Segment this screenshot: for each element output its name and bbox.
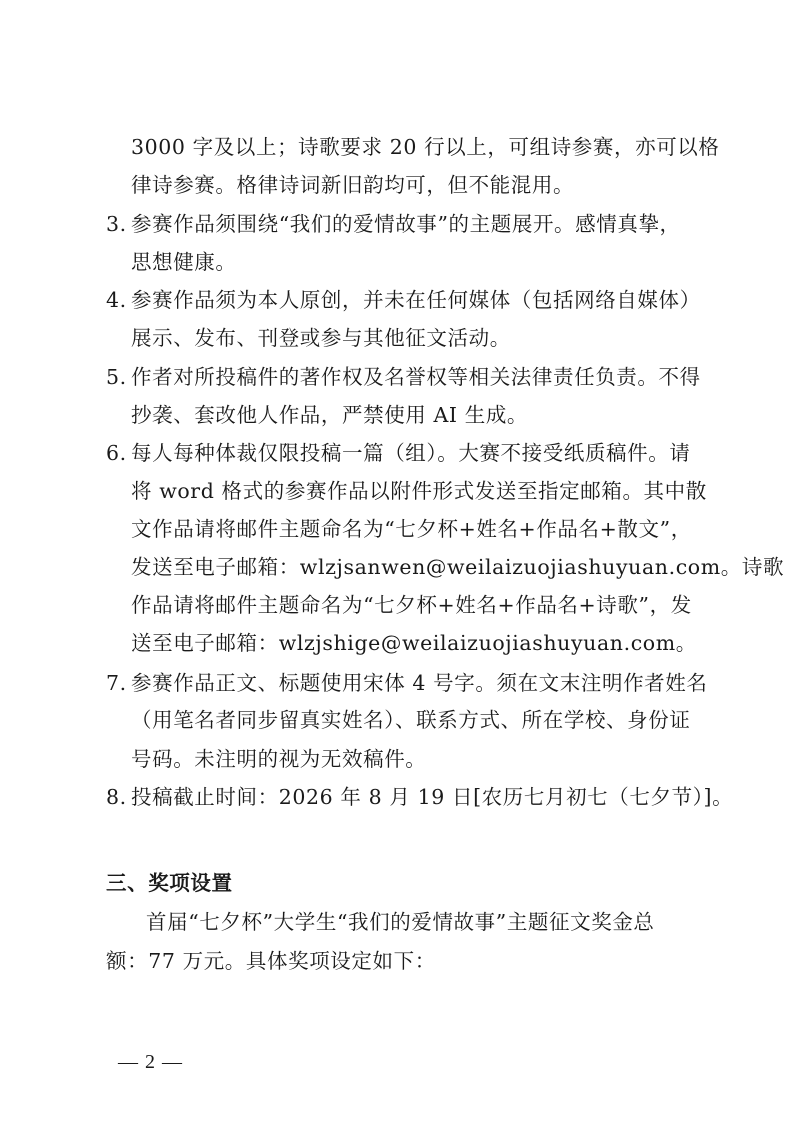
- text-line: 作品请将邮件主题命名为“七夕杯+姓名+作品名+诗歌”，发: [131, 586, 706, 624]
- text-line: 投稿截止时间：2026 年 8 月 19 日[农历七月初七（七夕节）]。: [131, 785, 733, 809]
- text-line: 律诗参赛。格律诗词新旧韵均可，但不能混用。: [131, 166, 706, 204]
- list-number: 8.: [106, 778, 131, 816]
- text-line-email-sanwen: 发送至电子邮箱：wlzjsanwen@weilaizuojiashuyuan.c…: [131, 548, 706, 586]
- text-line: 将 word 格式的参赛作品以附件形式发送至指定邮箱。其中散: [131, 472, 706, 510]
- text-line: 参赛作品须为本人原创，并未在任何媒体（包括网络自媒体）: [131, 288, 701, 312]
- document-page: 3000 字及以上；诗歌要求 20 行以上，可组诗参赛，亦可以格 律诗参赛。格律…: [0, 0, 800, 1131]
- text-line: 号码。未注明的视为无效稿件。: [131, 740, 706, 778]
- list-item-4: 4.参赛作品须为本人原创，并未在任何媒体（包括网络自媒体）: [106, 281, 706, 319]
- list-item-6: 6.每人每种体裁仅限投稿一篇（组）。大赛不接受纸质稿件。请: [106, 434, 706, 472]
- text-line: 抄袭、套改他人作品，严禁使用 AI 生成。: [131, 396, 706, 434]
- list-number: 5.: [106, 358, 131, 396]
- list-number: 4.: [106, 281, 131, 319]
- text-line: （用笔名者同步留真实姓名）、联系方式、所在学校、身份证: [131, 701, 706, 739]
- text-line: 作者对所投稿件的著作权及名誉权等相关法律责任负责。不得: [131, 365, 701, 389]
- section-heading: 三、奖项设置: [106, 864, 706, 902]
- text-line-email-shige: 送至电子邮箱：wlzjshige@weilaizuojiashuyuan.com…: [131, 624, 706, 662]
- list-number: 3.: [106, 205, 131, 243]
- text-line: 文作品请将邮件主题命名为“七夕杯+姓名+作品名+散文”，: [131, 510, 706, 548]
- list-item-3: 3.参赛作品须围绕“我们的爱情故事”的主题展开。感情真挚，: [106, 205, 706, 243]
- list-item-7: 7.参赛作品正文、标题使用宋体 4 号字。须在文末注明作者姓名: [106, 664, 706, 702]
- paragraph-line: 额：77 万元。具体奖项设定如下：: [106, 942, 706, 980]
- paragraph-line: 首届“七夕杯”大学生“我们的爱情故事”主题征文奖金总: [146, 903, 746, 941]
- list-number: 7.: [106, 664, 131, 702]
- text-line: 每人每种体裁仅限投稿一篇（组）。大赛不接受纸质稿件。请: [131, 441, 690, 465]
- page-number: — 2 —: [118, 1048, 183, 1076]
- text-line: 3000 字及以上；诗歌要求 20 行以上，可组诗参赛，亦可以格: [131, 128, 706, 166]
- list-number: 6.: [106, 434, 131, 472]
- text-line: 参赛作品须围绕“我们的爱情故事”的主题展开。感情真挚，: [131, 212, 681, 236]
- list-item-8: 8.投稿截止时间：2026 年 8 月 19 日[农历七月初七（七夕节）]。: [106, 778, 706, 816]
- text-line: 参赛作品正文、标题使用宋体 4 号字。须在文末注明作者姓名: [131, 671, 707, 695]
- text-line: 展示、发布、刊登或参与其他征文活动。: [131, 319, 706, 357]
- text-line: 思想健康。: [131, 243, 706, 281]
- list-item-5: 5.作者对所投稿件的著作权及名誉权等相关法律责任负责。不得: [106, 358, 706, 396]
